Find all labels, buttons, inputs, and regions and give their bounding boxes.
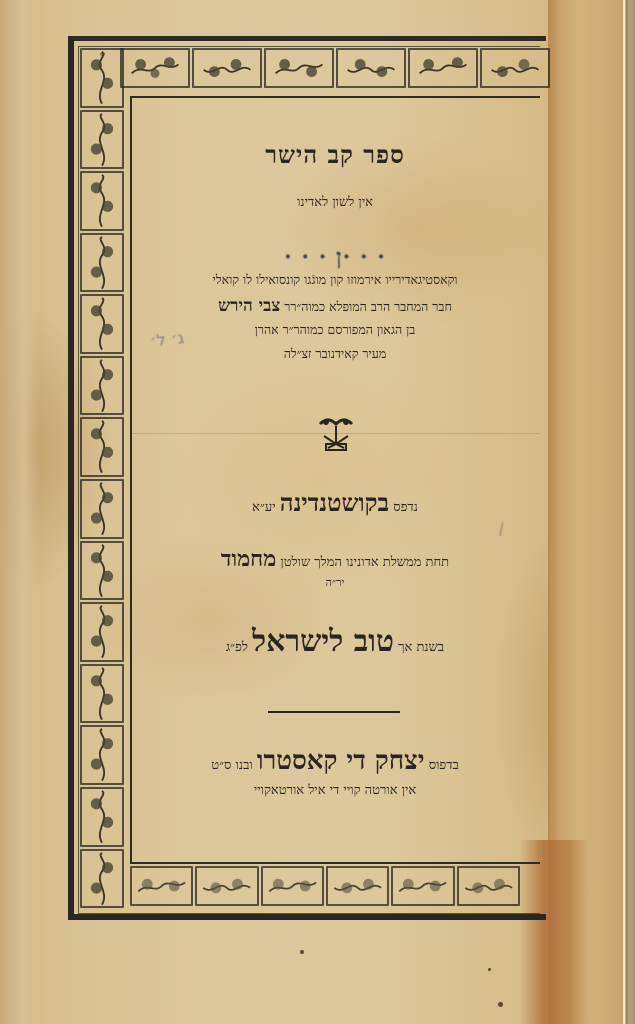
ink-spot [100,52,105,56]
ink-spot [498,1002,503,1007]
author-line: חבר המחבר הרב המופלא כמוה״רר צבי הירש [130,296,540,316]
oak-leaf-ornament-icon [391,866,454,906]
oak-leaf-ornament-icon [80,233,124,293]
oak-leaf-ornament-icon [80,110,124,170]
author-city-line: מעיר קאידנובר זצ״לה [130,346,540,362]
reign-abbreviation: יר״ה [130,576,540,589]
printer-line: בדפוס יצחק די קאסטרו ובנו ס״ט [130,746,540,776]
floral-border-left [80,48,126,908]
author-name: צבי הירש [218,296,280,316]
oak-leaf-ornament-icon [80,787,124,847]
oak-leaf-ornament-icon [80,48,124,108]
oak-leaf-ornament-icon [130,866,193,906]
oak-leaf-ornament-icon [80,849,124,909]
print-city-suffix: יע״א [252,500,276,515]
language-note: אין לשון לאדינו [130,194,540,210]
oak-leaf-ornament-icon [457,866,520,906]
oak-leaf-ornament-icon [336,48,406,88]
margin-stain [0,0,40,1024]
description-line-1: וקאסטיגאדירייו אירמוזו קון מוגֿגו קונסוא… [130,272,540,288]
oak-leaf-ornament-icon [80,171,124,231]
oak-leaf-ornament-icon [80,541,124,601]
floral-border-top [120,48,550,92]
pen-scribble: ג׳ ל׳ [149,328,185,350]
oak-leaf-ornament-icon [80,725,124,785]
oak-leaf-ornament-icon [80,602,124,662]
printer-prefix: בדפוס [429,758,459,773]
printed-prefix: נדפס [393,500,418,515]
year-suffix: לפ״ג [226,640,248,655]
author-line-prefix: חבר המחבר הרב המופלא כמוה״רר [284,299,452,314]
oak-leaf-ornament-icon [80,356,124,416]
fleuron-ornament-icon [312,414,360,454]
book-title: ספר קב הישר [130,140,540,170]
floral-border-bottom [130,866,520,910]
oak-leaf-ornament-icon [120,48,190,88]
printer-name: יצחק די קאסטרו [257,746,425,776]
oak-leaf-ornament-icon [261,866,324,906]
oak-leaf-ornament-icon [80,417,124,477]
year-line: בשנת אך טוב לישראל לפ״ג [130,624,540,659]
reign-prefix: תחת ממשלת אדונינו המלך שולטן [280,555,449,570]
oak-leaf-ornament-icon [480,48,550,88]
ink-spot [488,968,491,971]
horizontal-rule [268,711,400,713]
printer-location: אין אורטה קויי די איל אורטאקויי [130,782,540,798]
year-chronogram: טוב לישראל [252,624,394,659]
title-page-scan: ספר קב הישר אין לשון לאדינו · · ·ן · · ·… [0,0,635,1024]
sultan-name: מחמוד [221,546,276,572]
printed-in-line: נדפס בקושטנדינה יע״א [130,488,540,518]
year-prefix: בשנת אך [398,640,444,655]
oak-leaf-ornament-icon [408,48,478,88]
author-father-line: בן הגאון המפורסם כמוהר״ר אהרן [130,322,540,338]
binding-edge [623,0,635,1024]
printer-suffix: ובנו ס״ט [211,758,252,773]
oak-leaf-ornament-icon [80,664,124,724]
oak-leaf-ornament-icon [326,866,389,906]
reign-line: תחת ממשלת אדונינו המלך שולטן מחמוד [130,546,540,572]
ink-spot [300,950,304,954]
handwritten-inscription: · · ·ן · · · [130,244,540,270]
oak-leaf-ornament-icon [195,866,258,906]
oak-leaf-ornament-icon [264,48,334,88]
oak-leaf-ornament-icon [80,294,124,354]
oak-leaf-ornament-icon [80,479,124,539]
oak-leaf-ornament-icon [192,48,262,88]
print-city: בקושטנדינה [280,488,389,517]
